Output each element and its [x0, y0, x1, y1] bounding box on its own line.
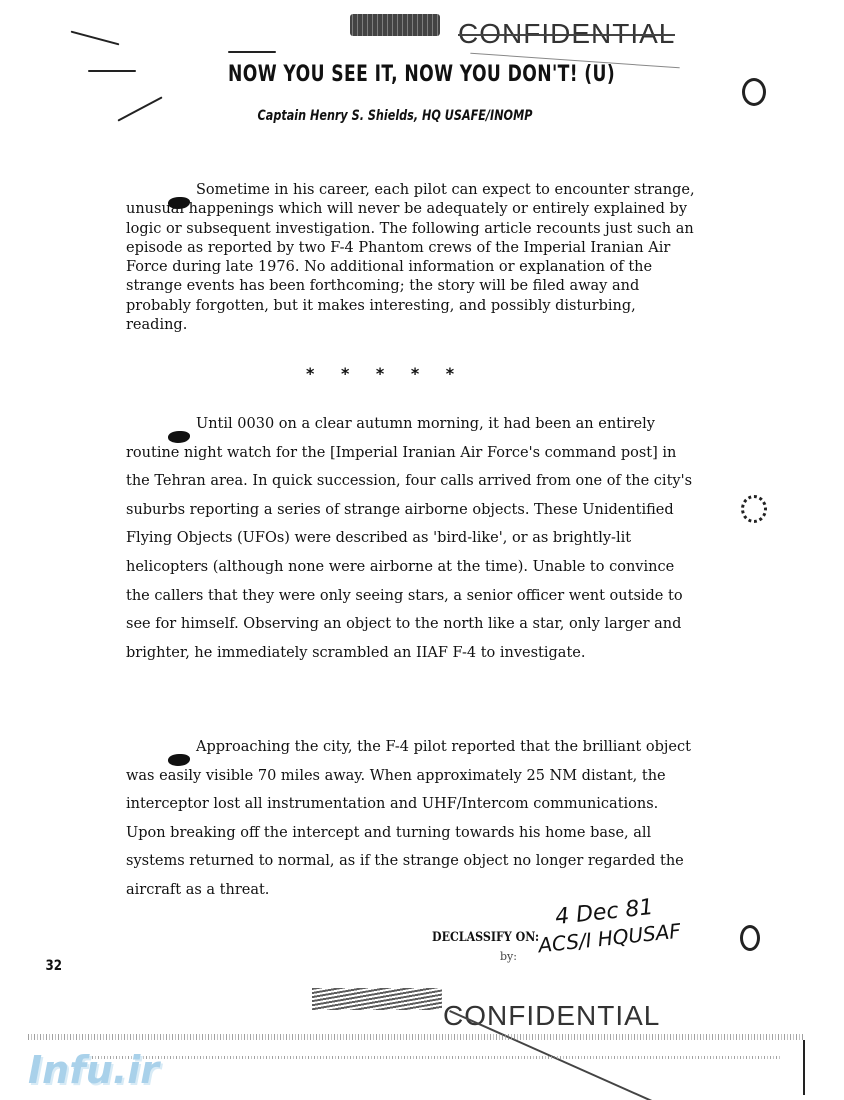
article-title: NOW YOU SEE IT, NOW YOU DON'T! (U)	[92, 62, 750, 87]
redacted-stamp-top	[350, 14, 440, 36]
classification-marking-bottom: CONFIDENTIAL	[443, 1000, 660, 1032]
paragraph-intro: Sometime in his career, each pilot can e…	[126, 181, 701, 335]
punch-hole	[740, 925, 760, 951]
scan-mark	[71, 31, 120, 46]
article-byline: Captain Henry S. Shields, HQ USAFE/INOMP	[79, 108, 711, 124]
redaction-blot	[168, 431, 190, 443]
paragraph-text: Until 0030 on a clear autumn morning, it…	[126, 416, 692, 661]
redaction-blot	[168, 754, 190, 766]
section-separator: * * * * *	[306, 364, 454, 383]
paragraph-intercept: Approaching the city, the F-4 pilot repo…	[126, 733, 701, 905]
scan-noise	[28, 1034, 803, 1040]
strike-line	[458, 34, 675, 36]
watermark-logo: Infu.ir	[28, 1048, 159, 1092]
scan-mark	[228, 51, 276, 53]
scan-noise	[80, 1056, 780, 1059]
punch-hole	[742, 78, 766, 106]
declassify-by-label: by:	[500, 950, 517, 963]
paragraph-text: Approaching the city, the F-4 pilot repo…	[126, 739, 691, 898]
paragraph-command-post: Until 0030 on a clear autumn morning, it…	[126, 410, 701, 667]
punch-hole	[741, 495, 767, 523]
classification-marking-top: CONFIDENTIAL	[458, 18, 675, 50]
redacted-stamp-bottom	[312, 988, 442, 1010]
paragraph-text: Sometime in his career, each pilot can e…	[126, 182, 695, 333]
scan-edge-line	[803, 1040, 805, 1095]
page-number: 32	[45, 958, 62, 974]
declassify-label: DECLASSIFY ON:	[432, 930, 539, 945]
